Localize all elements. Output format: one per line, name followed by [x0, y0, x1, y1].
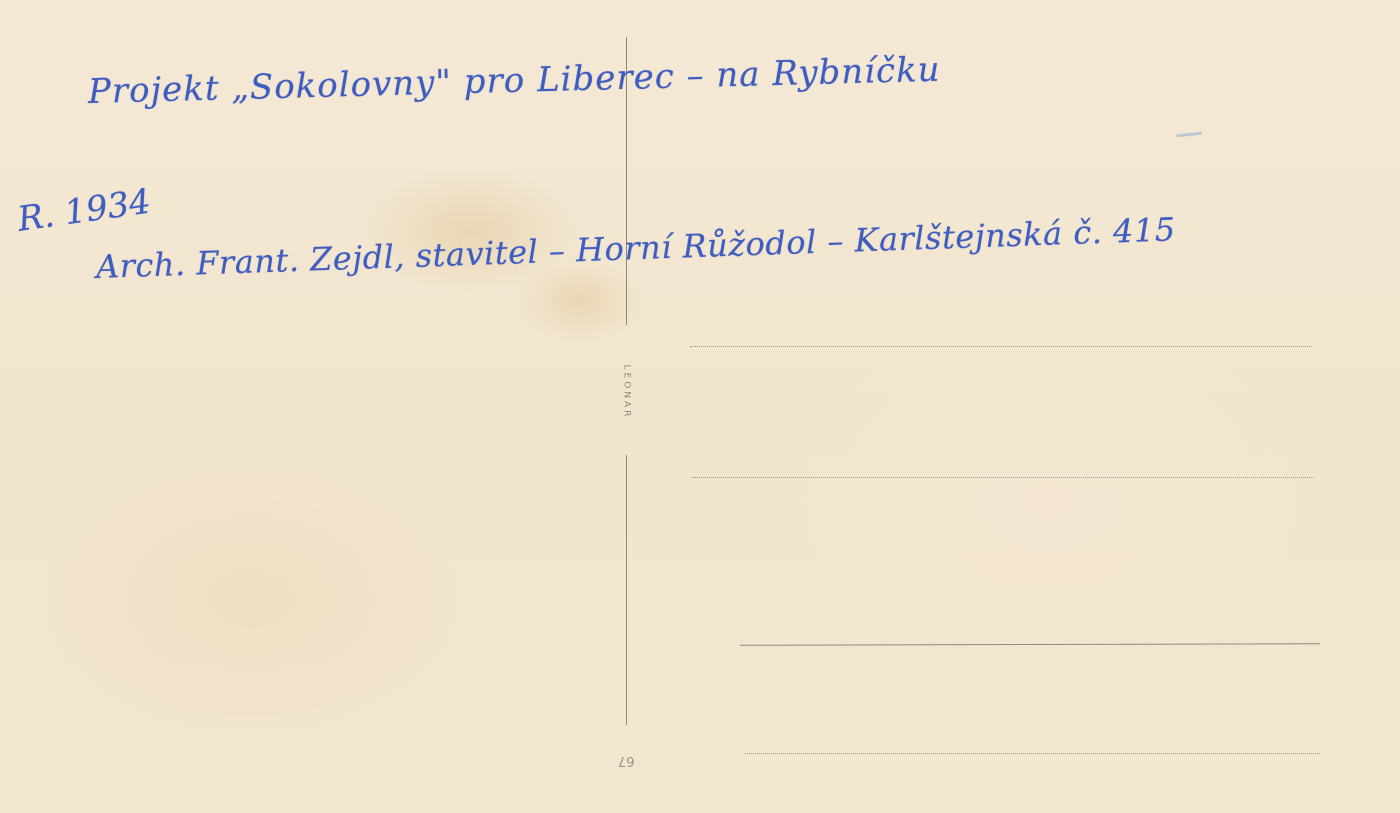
- address-line-1: [690, 346, 1312, 347]
- ink-speck: [1176, 132, 1202, 138]
- address-line-3: [740, 643, 1320, 646]
- handwritten-architect-address: Arch. Frant. Zejdl, stavitel – Horní Růž…: [95, 210, 1176, 286]
- postcard-back: LEONAR 67 Projekt „Sokolovny" pro Libere…: [0, 0, 1400, 813]
- center-divider-line-lower: [626, 455, 627, 725]
- address-line-2: [692, 477, 1314, 478]
- card-number: 67: [614, 745, 638, 775]
- publisher-mark: LEONAR: [612, 332, 640, 452]
- address-line-4: [745, 753, 1320, 754]
- card-number-text: 67: [618, 753, 635, 768]
- handwritten-year: R. 1934: [15, 182, 153, 240]
- handwritten-title: Projekt „Sokolovny" pro Liberec – na Ryb…: [87, 50, 941, 112]
- publisher-mark-text: LEONAR: [621, 365, 631, 420]
